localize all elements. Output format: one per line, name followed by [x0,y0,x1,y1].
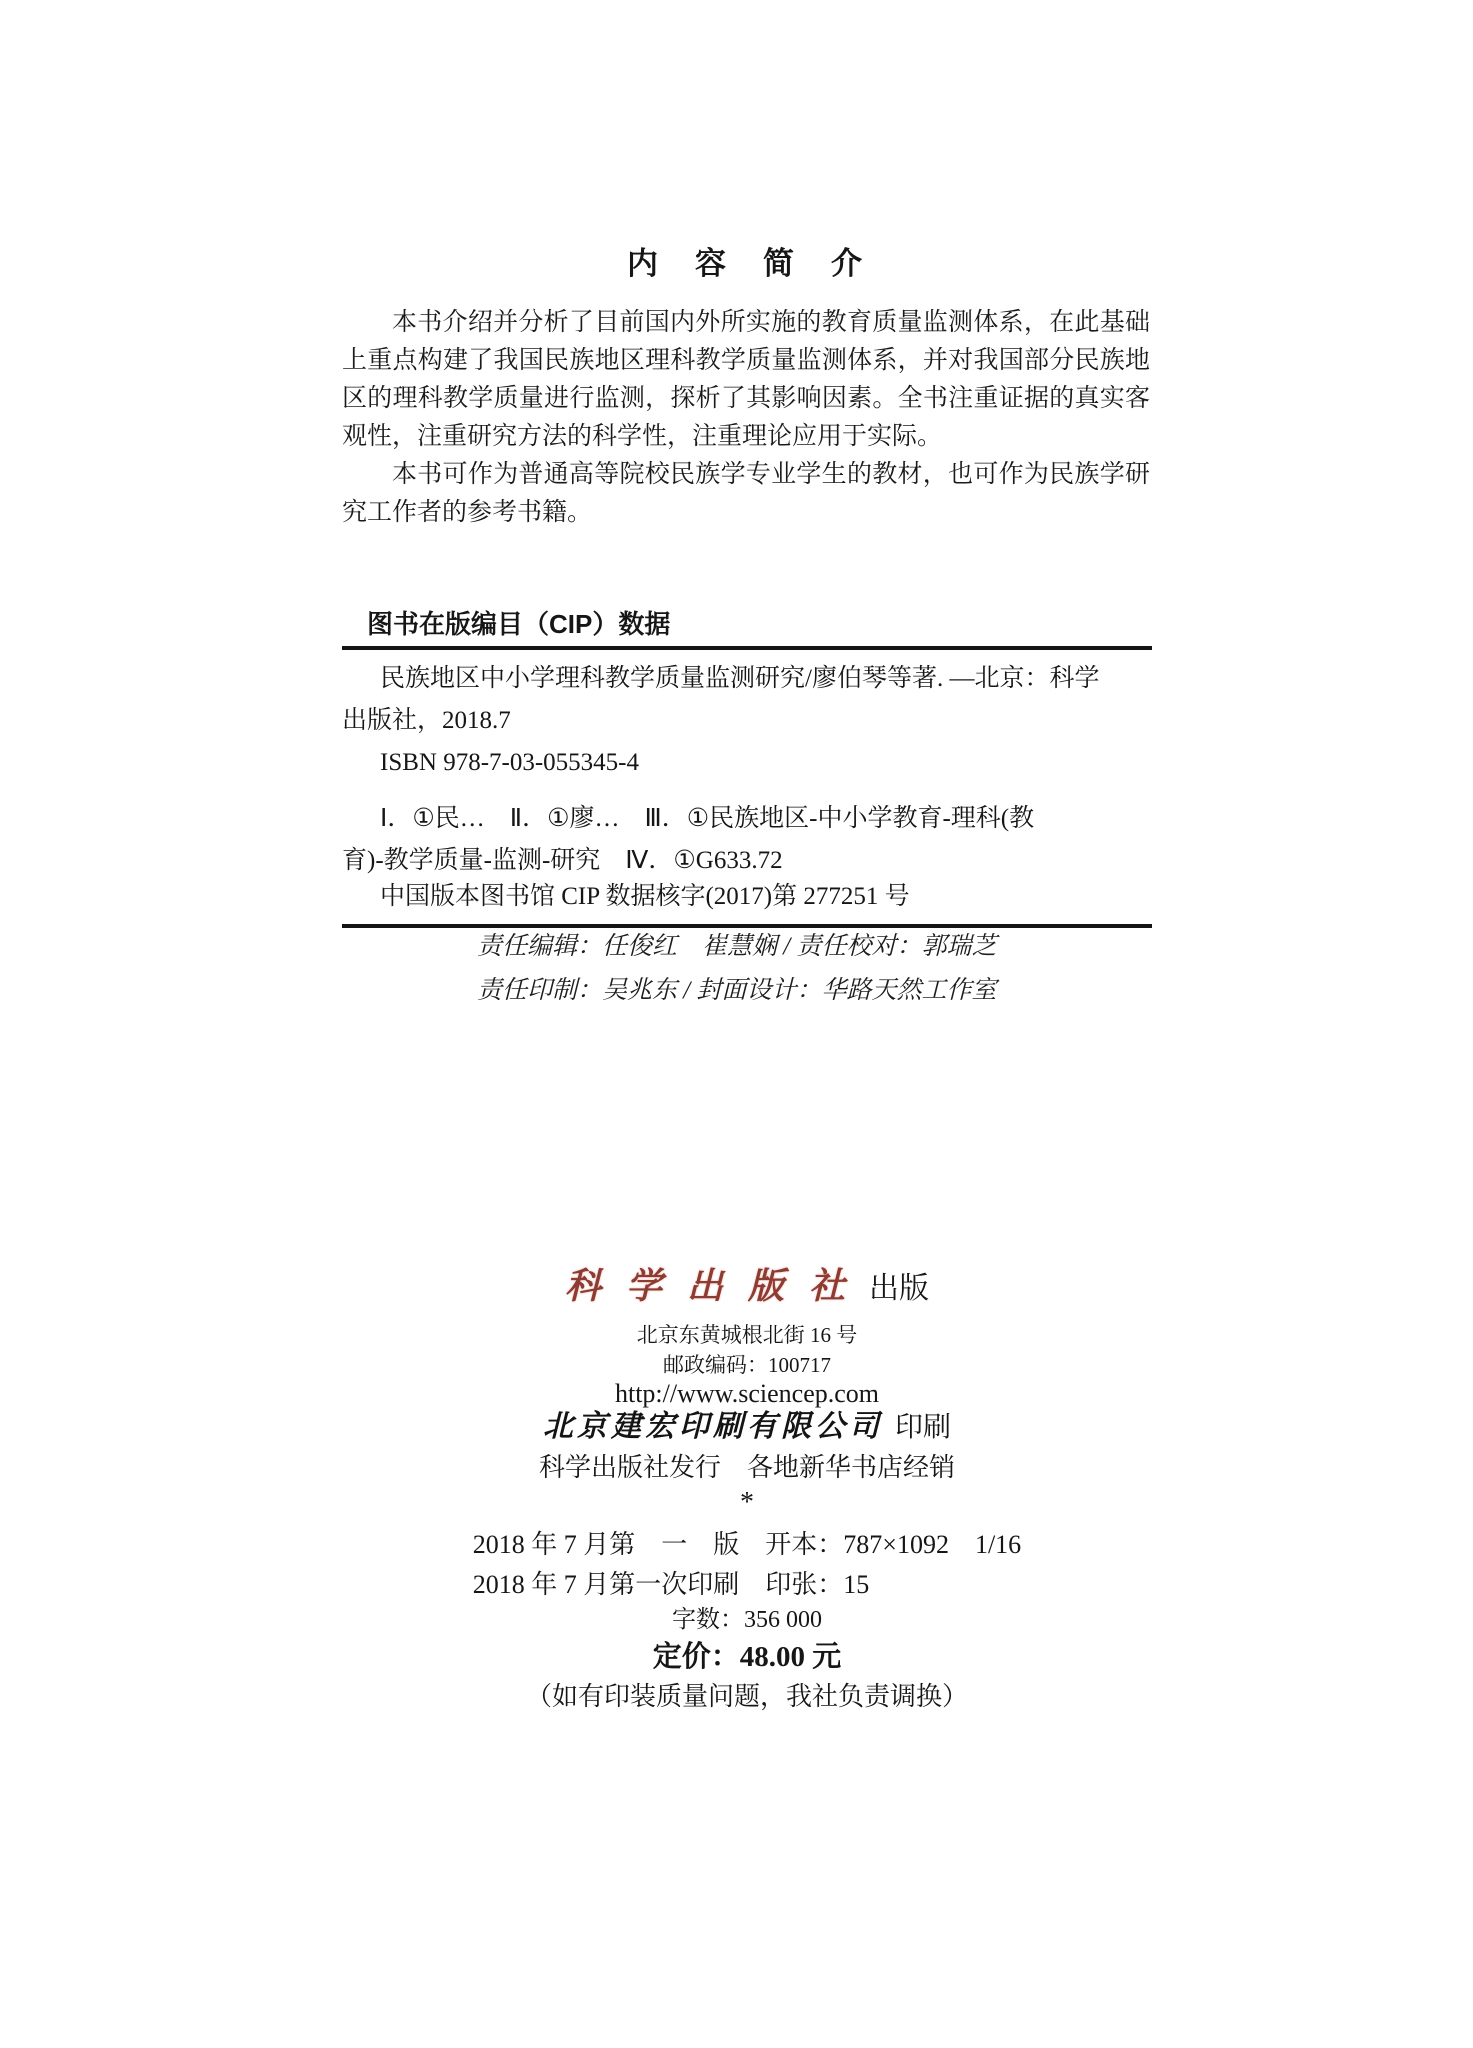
cip-classification-line-1: Ⅰ．①民… Ⅱ．①廖… Ⅲ．①民族地区-中小学教育-理科(教 [342,802,1152,836]
credits-editors-line: 责任编辑：任俊红 崔慧娴 / 责任校对：郭瑞芝 [477,925,996,969]
publisher-line: 科 学 出 版 社出版 [342,1264,1152,1316]
quality-exchange-note: （如有印装质量问题，我社负责调换） [342,1681,1152,1713]
distribution-line: 科学出版社发行 各地新华书店经销 [342,1453,1152,1483]
cip-classification-line-2: 育)-教学质量-监测-研究 Ⅳ．①G633.72 [342,844,1152,878]
cip-header: 图书在版编目（CIP）数据 [342,608,1152,640]
cip-data-block: 图书在版编目（CIP）数据 民族地区中小学理科教学质量监测研究/廖伯琴等著. —… [342,608,1152,928]
cip-title-line-2: 出版社，2018.7 [342,704,1152,738]
publisher-colophon: 科 学 出 版 社出版 北京东黄城根北街 16 号 邮政编码：100717 ht… [342,1264,1152,1713]
edition-line: 2018 年 7 月第 一 版 开本：787×1092 1/16 [473,1525,1021,1565]
cip-top-rule [342,646,1152,650]
publisher-website: http://www.sciencep.com [342,1380,1152,1408]
publisher-postcode: 邮政编码：100717 [342,1352,1152,1378]
printing-line: 2018 年 7 月第一次印刷 印张：15 [473,1565,1021,1605]
publisher-suffix-label: 出版 [869,1272,929,1305]
publisher-address: 北京东黄城根北街 16 号 [342,1322,1152,1348]
printer-line: 北京建宏印刷有限公司印刷 [342,1410,1152,1449]
book-copyright-page: 内 容 简 介 本书介绍并分析了目前国内外所实施的教育质量监测体系，在此基础上重… [0,0,1473,2048]
edition-details-block: 2018 年 7 月第 一 版 开本：787×1092 1/16 2018 年 … [473,1525,1021,1605]
summary-paragraph-2: 本书可作为普通高等院校民族学专业学生的教材，也可作为民族学研究工作者的参考书籍。 [342,456,1150,532]
printer-suffix-label: 印刷 [895,1412,951,1443]
asterisk-divider: * [342,1489,1152,1517]
price: 定价：48.00 元 [342,1639,1152,1675]
word-count: 字数：356 000 [342,1605,1152,1635]
content-summary-section: 本书介绍并分析了目前国内外所实施的教育质量监测体系，在此基础上重点构建了我国民族… [342,304,1150,532]
isbn-number: ISBN 978-7-03-055345-4 [342,746,1152,780]
staff-credits: 责任编辑：任俊红 崔慧娴 / 责任校对：郭瑞芝 责任印制：吴兆东 / 封面设计：… [477,925,996,1013]
publisher-logotype: 科 学 出 版 社 [565,1266,853,1306]
content-summary-title: 内 容 简 介 [342,238,1150,283]
credits-printing-design-line: 责任印制：吴兆东 / 封面设计：华路天然工作室 [477,969,996,1013]
summary-paragraph-1: 本书介绍并分析了目前国内外所实施的教育质量监测体系，在此基础上重点构建了我国民族… [342,304,1150,456]
cip-title-line-1: 民族地区中小学理科教学质量监测研究/廖伯琴等著. —北京：科学 [342,662,1152,696]
printer-logotype: 北京建宏印刷有限公司 [543,1410,883,1443]
cip-record-number: 中国版本图书馆 CIP 数据核字(2017)第 277251 号 [342,880,1152,914]
